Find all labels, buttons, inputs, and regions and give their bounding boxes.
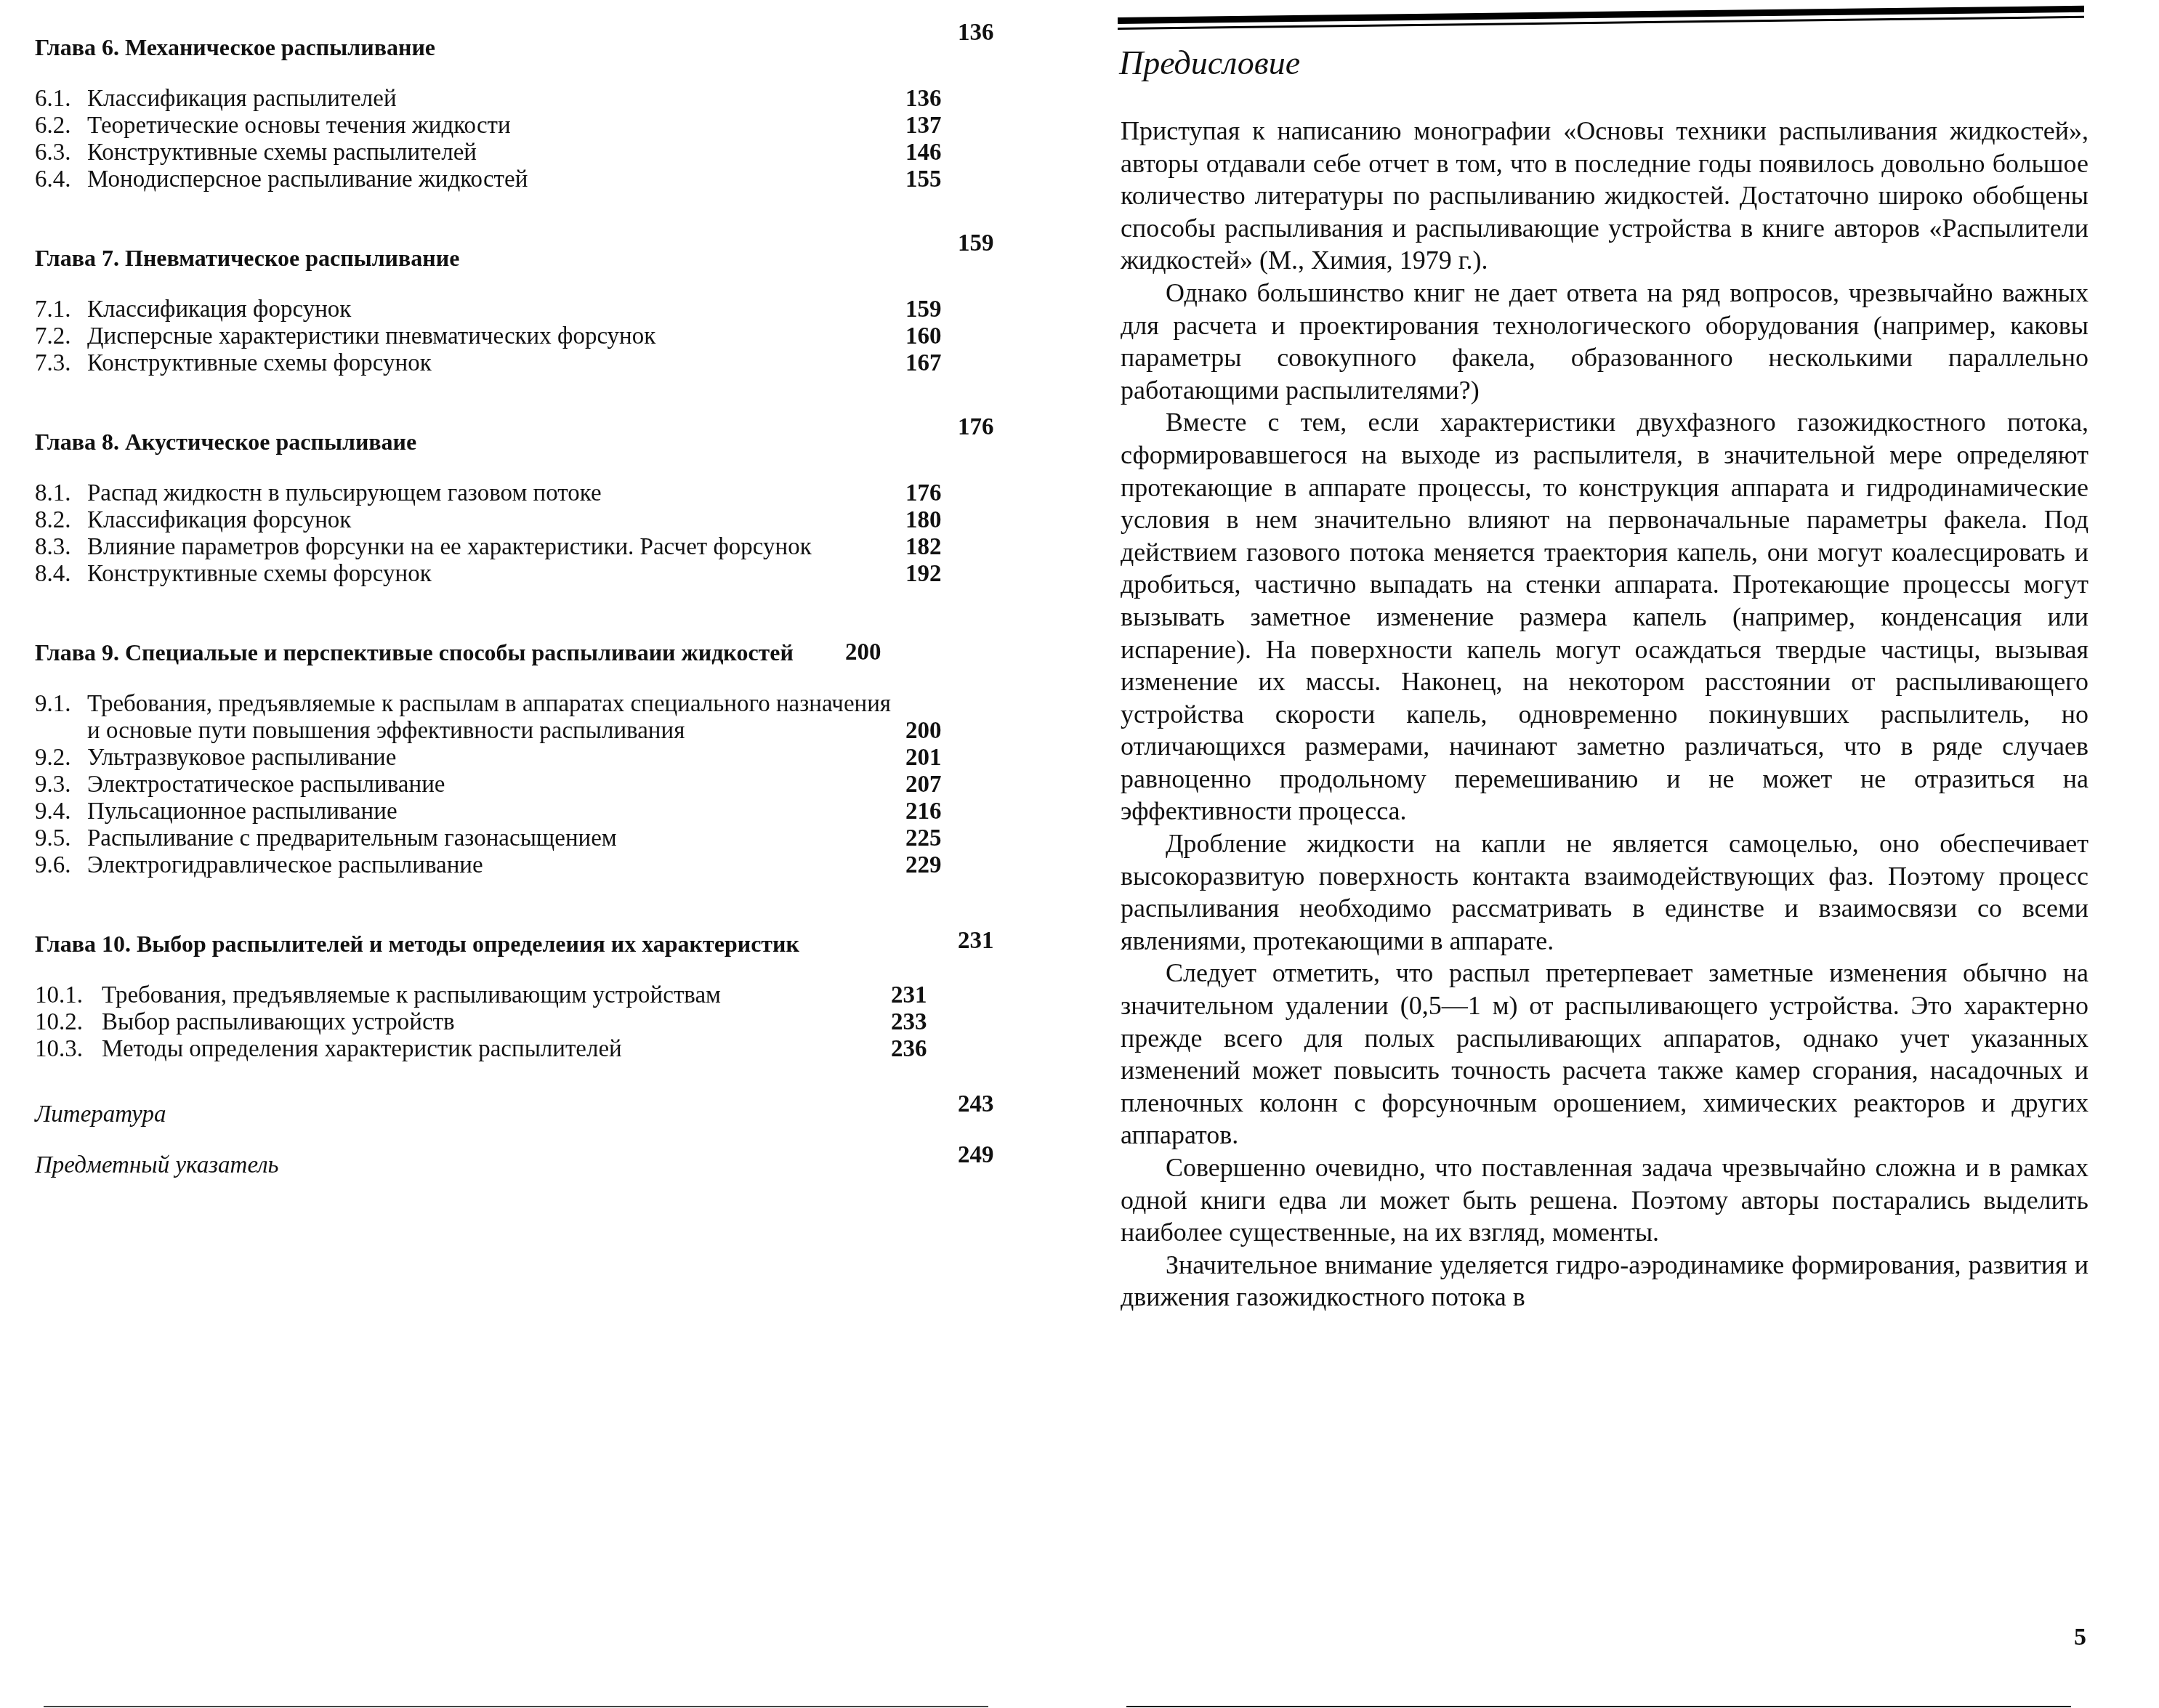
toc-section-8-4[interactable]: 8.4.Конструктивные схемы форсунок 192 <box>35 561 1023 588</box>
section-title: Требования, предъявляемые к распыливающи… <box>102 982 721 1008</box>
paragraph: Приступая к написанию монографии «Основы… <box>1121 115 2089 277</box>
section-number: 9.4. <box>35 798 87 825</box>
toc-section-7-1[interactable]: 7.1.Классификация форсунок 159 <box>35 296 1023 323</box>
page-number: 229 <box>958 852 1023 879</box>
page-number: 182 <box>958 534 1023 561</box>
paragraph: Следует отметить, что распыл претерпевае… <box>1121 957 2089 1152</box>
page-number: 249 <box>958 1141 1023 1169</box>
chapter-title: Глава 8. Акустическое распыливаие <box>35 429 416 455</box>
right-page-preface: Предисловие Приступая к написанию моногр… <box>1090 0 2159 1708</box>
paragraph: Однако большинство книг не дает ответа н… <box>1121 277 2089 406</box>
page-edge-rule <box>44 1706 988 1707</box>
section-title: Классификация распылителей <box>87 86 397 112</box>
page-edge-rule <box>1126 1706 2071 1707</box>
section-number: 6.4. <box>35 166 87 193</box>
section-number: 10.1. <box>35 982 102 1009</box>
toc-section-6-3[interactable]: 6.3.Конструктивные схемы распылителей 14… <box>35 139 1023 166</box>
page-number: 159 <box>958 230 1023 257</box>
toc-section-9-5[interactable]: 9.5.Распыливание с предварительным газон… <box>35 825 1023 852</box>
page-number: 201 <box>958 745 1023 772</box>
section-number: 10.3. <box>35 1036 102 1063</box>
toc-section-9-4[interactable]: 9.4.Пульсационное распыливание 216 <box>35 798 1023 825</box>
toc-chapter-6[interactable]: Глава 6. Механическое распыливание 136 <box>35 33 1023 61</box>
section-title: Методы определения характеристик распыли… <box>102 1036 622 1062</box>
toc-section-6-1[interactable]: 6.1.Классификация распылителей 136 <box>35 86 1023 113</box>
page-number: 136 <box>958 19 1023 46</box>
section-title: Электрогидравлическое распыливание <box>87 852 483 878</box>
page-number: 231 <box>958 982 1023 1009</box>
section-title: Распыливание с предварительным газонасыщ… <box>87 825 617 851</box>
section-number: 7.2. <box>35 323 87 350</box>
section-number: 9.2. <box>35 745 87 772</box>
page-number: 200 <box>958 718 1023 745</box>
toc-section-9-1[interactable]: 9.1.Требования, предъявляемые к распылам… <box>35 691 1023 745</box>
page-number: 146 <box>958 139 1023 166</box>
left-page-toc: Глава 6. Механическое распыливание 136 6… <box>0 0 1076 1708</box>
section-number: 6.3. <box>35 139 87 166</box>
back-matter-title: Предметный указатель <box>35 1152 279 1178</box>
section-number: 6.1. <box>35 86 87 113</box>
page-number: 136 <box>958 86 1023 113</box>
page-number: 155 <box>958 166 1023 193</box>
toc-section-9-2[interactable]: 9.2.Ультразвуковое распыливание 201 <box>35 745 1023 772</box>
page-number: 200 <box>958 639 1023 666</box>
section-number: 10.2. <box>35 1009 102 1036</box>
chapter-title: Глава 7. Пневматическое распыливание <box>35 245 459 271</box>
section-title: Ультразвуковое распыливание <box>87 745 396 771</box>
chapter-title: Глава 9. Специальые и перспективые спосо… <box>35 639 794 665</box>
toc-section-10-2[interactable]: 10.2.Выбор распыливающих устройств 233 <box>35 1009 1023 1036</box>
page-number: 176 <box>958 480 1023 507</box>
section-title: Монодисперсное распыливание жидкостей <box>87 166 528 193</box>
toc-literature[interactable]: Литература 243 <box>35 1101 1023 1128</box>
page-number: 159 <box>958 296 1023 323</box>
paragraph: Совершенно очевидно, что поставленная за… <box>1121 1152 2089 1249</box>
toc-section-9-6[interactable]: 9.6.Электрогидравлическое распыливание 2… <box>35 852 1023 879</box>
section-number: 9.1. <box>35 691 87 718</box>
section-number: 6.2. <box>35 113 87 139</box>
page-number: 243 <box>958 1090 1023 1118</box>
section-number: 8.1. <box>35 480 87 507</box>
toc-section-7-2[interactable]: 7.2.Дисперсные характеристики пневматиче… <box>35 323 1023 350</box>
paragraph: Вместе с тем, если характеристики двухфа… <box>1121 406 2089 827</box>
section-title: Пульсационное распыливание <box>87 798 398 825</box>
page-number: 207 <box>958 772 1023 798</box>
section-number: 9.5. <box>35 825 87 852</box>
page-number: 236 <box>958 1036 1023 1063</box>
chapter-title: Глава 6. Механическое распыливание <box>35 34 435 60</box>
table-of-contents: Глава 6. Механическое распыливание 136 6… <box>35 22 1023 1179</box>
page-number: 180 <box>958 507 1023 534</box>
section-number: 8.3. <box>35 534 87 561</box>
toc-chapter-7[interactable]: Глава 7. Пневматическое распыливание 159 <box>35 244 1023 272</box>
page-number: 176 <box>958 413 1023 441</box>
section-number: 7.3. <box>35 350 87 377</box>
section-title: Конструктивные схемы форсунок <box>87 350 432 376</box>
section-number: 9.6. <box>35 852 87 879</box>
section-title: Классификация форсунок <box>87 296 351 323</box>
toc-section-6-2[interactable]: 6.2.Теоретические основы течения жидкост… <box>35 113 1023 139</box>
back-matter-title: Литература <box>35 1101 166 1128</box>
page-number: 225 <box>958 825 1023 852</box>
page-number: 233 <box>958 1009 1023 1036</box>
section-title: Распад жидкостн в пульсирующем газовом п… <box>87 480 602 506</box>
toc-subject-index[interactable]: Предметный указатель 249 <box>35 1152 1023 1179</box>
section-title: Конструктивные схемы форсунок <box>87 561 432 587</box>
preface-body: Приступая к написанию монографии «Основы… <box>1121 115 2089 1314</box>
section-number: 8.4. <box>35 561 87 588</box>
section-title: Влияние параметров форсунки на ее характ… <box>87 534 812 560</box>
toc-section-8-2[interactable]: 8.2.Классификация форсунок 180 <box>35 507 1023 534</box>
toc-chapter-10[interactable]: Глава 10. Выбор распылителей и методы оп… <box>35 930 1023 958</box>
toc-section-7-3[interactable]: 7.3.Конструктивные схемы форсунок 167 <box>35 350 1023 377</box>
section-title: Дисперсные характеристики пневматических… <box>87 323 655 349</box>
toc-section-8-3[interactable]: 8.3.Влияние параметров форсунки на ее ха… <box>35 534 1023 561</box>
toc-section-10-1[interactable]: 10.1.Требования, предъявляемые к распыли… <box>35 982 1023 1009</box>
section-title: Классификация форсунок <box>87 507 351 533</box>
toc-chapter-9[interactable]: Глава 9. Специальые и перспективые спосо… <box>35 639 1023 666</box>
page-number: 160 <box>958 323 1023 350</box>
section-number: 9.3. <box>35 772 87 798</box>
toc-section-6-4[interactable]: 6.4.Монодисперсное распыливание жидкосте… <box>35 166 1023 193</box>
page-title: Предисловие <box>1119 44 1300 82</box>
toc-section-8-1[interactable]: 8.1.Распад жидкостн в пульсирующем газов… <box>35 480 1023 507</box>
page-number: 5 <box>2074 1624 2086 1651</box>
section-title: Теоретические основы течения жидкости <box>87 113 511 139</box>
section-title: Выбор распыливающих устройств <box>102 1009 455 1035</box>
page-number: 231 <box>958 927 1023 955</box>
page-number: 137 <box>958 113 1023 139</box>
page-number: 216 <box>958 798 1023 825</box>
section-title: Требования, предъявляемые к распылам в а… <box>87 691 891 744</box>
toc-section-10-3[interactable]: 10.3.Методы определения характеристик ра… <box>35 1036 1023 1063</box>
paragraph: Дробление жидкости на капли не является … <box>1121 827 2089 957</box>
section-number: 8.2. <box>35 507 87 534</box>
paragraph: Значительное внимание уделяется гидро-аэ… <box>1121 1249 2089 1314</box>
section-title: Электростатическое распыливание <box>87 772 445 798</box>
section-number: 7.1. <box>35 296 87 323</box>
section-title: Конструктивные схемы распылителей <box>87 139 477 166</box>
toc-chapter-8[interactable]: Глава 8. Акустическое распыливаие 176 <box>35 428 1023 456</box>
page-number: 167 <box>958 350 1023 377</box>
chapter-title: Глава 10. Выбор распылителей и методы оп… <box>35 931 799 957</box>
toc-section-9-3[interactable]: 9.3.Электростатическое распыливание 207 <box>35 772 1023 798</box>
page-number: 192 <box>958 561 1023 588</box>
